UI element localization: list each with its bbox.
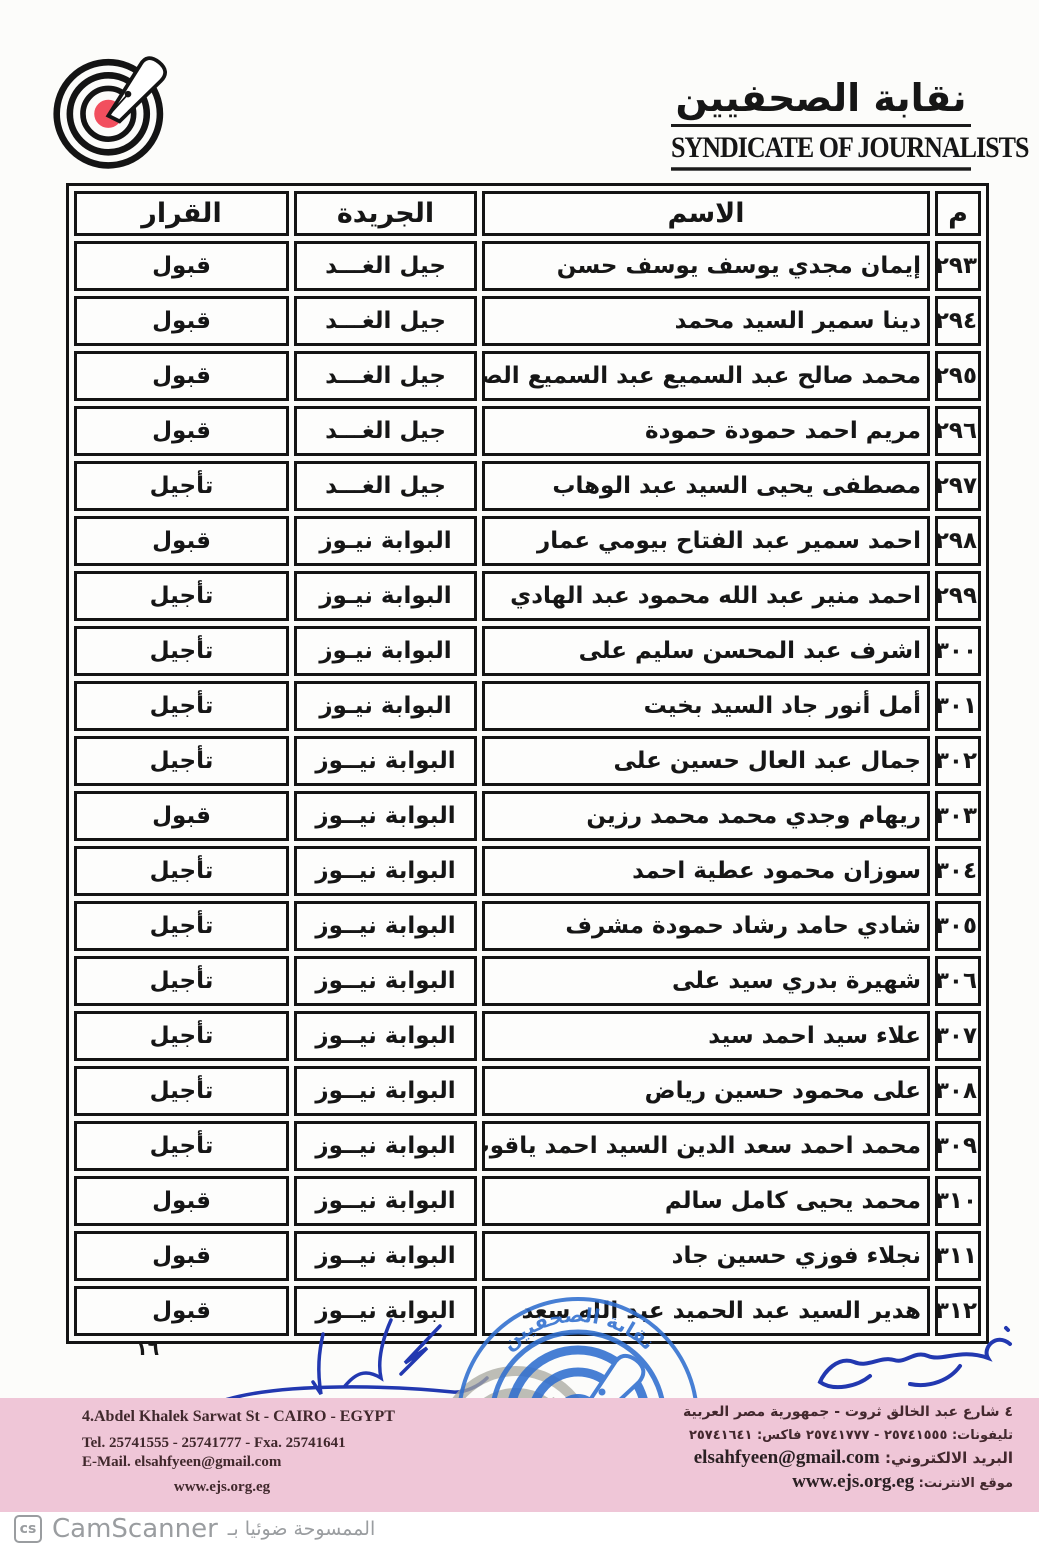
website-label-ar: موقع الانترنت: <box>919 1476 1013 1491</box>
table-row: ٢٩٣ إيمان مجدي يوسف يوسف حسن جيل الغـــد… <box>74 241 981 291</box>
table-row: ٣٠٦ شهيرة بدري سيد على البوابة نيــوز تأ… <box>74 956 981 1006</box>
member-number: ٣٠٧ <box>935 1011 981 1061</box>
member-number: ٣٠٣ <box>935 791 981 841</box>
contact-block-arabic: ٤ شارع عبد الخالق ثروت - جمهورية مصر الع… <box>613 1404 1013 1493</box>
member-decision: تأجيل <box>74 901 289 951</box>
member-decision: تأجيل <box>74 461 289 511</box>
member-newspaper: البوابة نيـوز <box>294 571 477 621</box>
member-decision: تأجيل <box>74 681 289 731</box>
member-number: ٣٠٨ <box>935 1066 981 1116</box>
camscanner-name: CamScanner <box>52 1514 218 1544</box>
email-en: E-Mail. elsahfyeen@gmail.com <box>82 1454 482 1471</box>
members-table: م الاسم الجريدة القرار ٢٩٣ إيمان مجدي يو… <box>66 183 989 1344</box>
table-row: ٣١٢ هدير السيد عبد الحميد عبد الله سعد ا… <box>74 1286 981 1336</box>
member-decision: تأجيل <box>74 626 289 676</box>
column-header-decision: القرار <box>74 191 289 236</box>
table-row: ٣١٠ محمد يحيى كامل سالم البوابة نيــوز ق… <box>74 1176 981 1226</box>
member-decision: قبول <box>74 791 289 841</box>
member-decision: تأجيل <box>74 1066 289 1116</box>
table-row: ٢٩٨ احمد سمير عبد الفتاح بيومي عمار البو… <box>74 516 981 566</box>
member-decision: تأجيل <box>74 736 289 786</box>
camscanner-watermark: cs CamScanner الممسوحة ضوئيا بـ <box>0 1512 1039 1545</box>
contact-band: 4.Abdel Khalek Sarwat St - CAIRO - EGYPT… <box>0 1398 1039 1512</box>
member-decision: قبول <box>74 1176 289 1226</box>
contact-block-english: 4.Abdel Khalek Sarwat St - CAIRO - EGYPT… <box>82 1408 482 1496</box>
org-name-arabic: نقابة الصحفيين <box>671 78 971 127</box>
member-newspaper: البوابة نيــوز <box>294 901 477 951</box>
member-number: ٢٩٧ <box>935 461 981 511</box>
member-name: هدير السيد عبد الحميد عبد الله سعد <box>482 1286 930 1336</box>
table-row: ٣٠١ أمل أنور جاد السيد بخيت البوابة نيـو… <box>74 681 981 731</box>
member-newspaper: البوابة نيــوز <box>294 1286 477 1336</box>
member-number: ٣٠٩ <box>935 1121 981 1171</box>
member-name: شهيرة بدري سيد على <box>482 956 930 1006</box>
member-newspaper: البوابة نيـوز <box>294 681 477 731</box>
member-name: محمد صالح عبد السميع عبد السميع الصالحي <box>482 351 930 401</box>
member-number: ٣٠١ <box>935 681 981 731</box>
member-decision: تأجيل <box>74 1011 289 1061</box>
member-name: مريم احمد حمودة حمودة <box>482 406 930 456</box>
table-row: ٢٩٩ احمد منير عبد الله محمود عبد الهادي … <box>74 571 981 621</box>
member-decision: قبول <box>74 1231 289 1281</box>
table-row: ٢٩٧ مصطفى يحيى السيد عبد الوهاب جيل الغـ… <box>74 461 981 511</box>
member-name: علاء سيد احمد سيد <box>482 1011 930 1061</box>
member-number: ٢٩٤ <box>935 296 981 346</box>
table-row: ٣٠٥ شادي حامد رشاد حمودة مشرف البوابة ني… <box>74 901 981 951</box>
member-decision: قبول <box>74 351 289 401</box>
member-number: ٢٩٣ <box>935 241 981 291</box>
member-name: نجلاء فوزي حسين جاد <box>482 1231 930 1281</box>
member-newspaper: البوابة نيــوز <box>294 846 477 896</box>
member-number: ٢٩٩ <box>935 571 981 621</box>
member-decision: قبول <box>74 1286 289 1336</box>
member-name: محمد يحيى كامل سالم <box>482 1176 930 1226</box>
member-number: ٢٩٦ <box>935 406 981 456</box>
org-name-english: SYNDICATE OF JOURNALISTS <box>671 127 971 171</box>
member-newspaper: جيل الغـــد <box>294 461 477 511</box>
member-number: ٢٩٥ <box>935 351 981 401</box>
member-number: ٣١٠ <box>935 1176 981 1226</box>
member-decision: تأجيل <box>74 1121 289 1171</box>
member-name: جمال عبد العال حسين على <box>482 736 930 786</box>
column-header-name: الاسم <box>482 191 930 236</box>
member-number: ٣٠٠ <box>935 626 981 676</box>
member-newspaper: البوابة نيــوز <box>294 1066 477 1116</box>
members-table-wrap: م الاسم الجريدة القرار ٢٩٣ إيمان مجدي يو… <box>66 183 976 1344</box>
member-name: على محمود حسين رياض <box>482 1066 930 1116</box>
table-header-row: م الاسم الجريدة القرار <box>74 191 981 236</box>
email-ar: البريد الالكتروني: elsahfyeen@gmail.com <box>613 1447 1013 1469</box>
member-name: مصطفى يحيى السيد عبد الوهاب <box>482 461 930 511</box>
table-row: ٣٠٩ محمد احمد سعد الدين السيد احمد ياقوت… <box>74 1121 981 1171</box>
address-en: 4.Abdel Khalek Sarwat St - CAIRO - EGYPT <box>82 1408 482 1426</box>
email-label-ar: البريد الالكتروني: <box>885 1449 1013 1467</box>
member-name: اشرف عبد المحسن سليم على <box>482 626 930 676</box>
member-newspaper: البوابة نيــوز <box>294 736 477 786</box>
page-number: ١٦ <box>136 1338 159 1360</box>
member-decision: قبول <box>74 296 289 346</box>
syndicate-logo-icon <box>52 48 174 174</box>
member-newspaper: جيل الغـــد <box>294 241 477 291</box>
member-decision: قبول <box>74 241 289 291</box>
column-header-number: م <box>935 191 981 236</box>
member-name: احمد سمير عبد الفتاح بيومي عمار <box>482 516 930 566</box>
table-row: ٢٩٤ دينا سمير السيد محمد جيل الغـــد قبو… <box>74 296 981 346</box>
member-newspaper: البوابة نيــوز <box>294 791 477 841</box>
phones-ar: تليفونات: ٢٥٧٤١٥٥٥ - ٢٥٧٤١٧٧٧ فاكس: ٢٥٧٤… <box>613 1428 1013 1443</box>
member-decision: تأجيل <box>74 956 289 1006</box>
member-number: ٢٩٨ <box>935 516 981 566</box>
table-row: ٣٠٠ اشرف عبد المحسن سليم على البوابة نيـ… <box>74 626 981 676</box>
member-newspaper: جيل الغـــد <box>294 296 477 346</box>
website-en: www.ejs.org.eg <box>82 1479 362 1496</box>
member-number: ٣١٢ <box>935 1286 981 1336</box>
member-decision: قبول <box>74 516 289 566</box>
camscanner-label-arabic: الممسوحة ضوئيا بـ <box>228 1518 375 1540</box>
member-name: سوزان محمود عطية احمد <box>482 846 930 896</box>
table-row: ٣٠٧ علاء سيد احمد سيد البوابة نيــوز تأج… <box>74 1011 981 1061</box>
phones-en: Tel. 25741555 - 25741777 - Fxa. 25741641 <box>82 1435 482 1452</box>
member-number: ٣٠٦ <box>935 956 981 1006</box>
address-ar: ٤ شارع عبد الخالق ثروت - جمهورية مصر الع… <box>613 1404 1013 1420</box>
member-decision: تأجيل <box>74 846 289 896</box>
table-row: ٢٩٥ محمد صالح عبد السميع عبد السميع الصا… <box>74 351 981 401</box>
member-name: دينا سمير السيد محمد <box>482 296 930 346</box>
member-number: ٣٠٢ <box>935 736 981 786</box>
member-name: شادي حامد رشاد حمودة مشرف <box>482 901 930 951</box>
column-header-newspaper: الجريدة <box>294 191 477 236</box>
scanned-document-page: نقابة الصحفيين SYNDICATE OF JOURNALISTS … <box>0 0 1039 1545</box>
email-value: elsahfyeen@gmail.com <box>694 1447 880 1468</box>
member-newspaper: البوابة نيـوز <box>294 626 477 676</box>
member-number: ٣١١ <box>935 1231 981 1281</box>
member-name: ريهام وجدي محمد محمد رزين <box>482 791 930 841</box>
member-name: احمد منير عبد الله محمود عبد الهادي <box>482 571 930 621</box>
member-newspaper: جيل الغـــد <box>294 406 477 456</box>
member-newspaper: البوابة نيــوز <box>294 956 477 1006</box>
member-name: إيمان مجدي يوسف يوسف حسن <box>482 241 930 291</box>
camscanner-icon: cs <box>14 1515 42 1543</box>
member-name: أمل أنور جاد السيد بخيت <box>482 681 930 731</box>
member-number: ٣٠٥ <box>935 901 981 951</box>
member-decision: تأجيل <box>74 571 289 621</box>
website-ar: موقع الانترنت: www.ejs.org.eg <box>613 1471 1013 1493</box>
member-newspaper: البوابة نيــوز <box>294 1121 477 1171</box>
table-row: ٣١١ نجلاء فوزي حسين جاد البوابة نيــوز ق… <box>74 1231 981 1281</box>
website-value: www.ejs.org.eg <box>792 1471 914 1492</box>
member-decision: قبول <box>74 406 289 456</box>
table-row: ٣٠٨ على محمود حسين رياض البوابة نيــوز ت… <box>74 1066 981 1116</box>
table-row: ٣٠٣ ريهام وجدي محمد محمد رزين البوابة ني… <box>74 791 981 841</box>
member-newspaper: جيل الغـــد <box>294 351 477 401</box>
member-number: ٣٠٤ <box>935 846 981 896</box>
member-newspaper: البوابة نيــوز <box>294 1231 477 1281</box>
member-newspaper: البوابة نيــوز <box>294 1011 477 1061</box>
member-newspaper: البوابة نيــوز <box>294 1176 477 1226</box>
table-row: ٢٩٦ مريم احمد حمودة حمودة جيل الغـــد قب… <box>74 406 981 456</box>
member-name: محمد احمد سعد الدين السيد احمد ياقوت <box>482 1121 930 1171</box>
table-row: ٣٠٤ سوزان محمود عطية احمد البوابة نيــوز… <box>74 846 981 896</box>
member-newspaper: البوابة نيـوز <box>294 516 477 566</box>
org-title-block: نقابة الصحفيين SYNDICATE OF JOURNALISTS <box>671 78 971 165</box>
table-row: ٣٠٢ جمال عبد العال حسين على البوابة نيــ… <box>74 736 981 786</box>
